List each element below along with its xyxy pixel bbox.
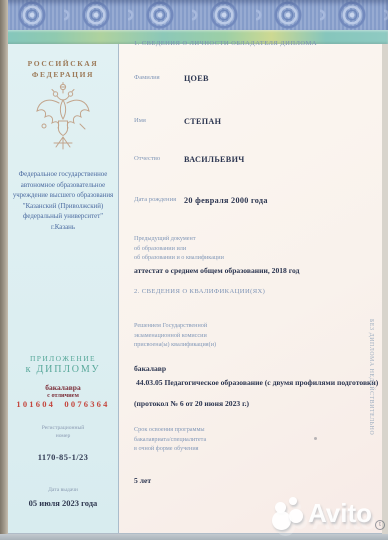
surname-label: Фамилия — [134, 74, 160, 81]
supplement-title-line2: к ДИПЛОМУ — [8, 364, 118, 375]
invalid-without-diploma-edge-text: БЕЗ ДИПЛОМА НЕДЕЙСТВИТЕЛЬНО — [368, 319, 374, 479]
study-duration-value: 5 лет — [134, 476, 151, 485]
issue-date-label: Дата выдачи — [8, 487, 118, 493]
russia-coat-of-arms-icon — [34, 82, 92, 159]
country-title: РОССИЙСКАЯ ФЕДЕРАЦИЯ — [8, 58, 118, 80]
form-serial-number: 101604 0076364 — [8, 399, 118, 409]
birthdate-value: 20 февраля 2000 года — [184, 196, 268, 205]
qualification-degree-value: бакалавр — [134, 364, 166, 373]
supplement-title-line1: ПРИЛОЖЕНИЕ — [8, 354, 118, 363]
avito-logo-circle-icon — [289, 509, 303, 523]
page-bottom-edge — [0, 534, 388, 540]
qualification-decision-label: Решением Государственной экзаменационной… — [134, 321, 216, 350]
guilloche-header-band — [0, 0, 388, 30]
avito-trademark-icon: t — [375, 520, 385, 530]
document-body: РОССИЙСКАЯ ФЕДЕРАЦИЯ — [8, 44, 382, 534]
paper-smudge — [314, 437, 317, 440]
book-spine-edge — [0, 0, 8, 540]
study-duration-label: Срок освоения программы бакалавриата/спе… — [134, 425, 206, 454]
registration-number-label: Регистрационный номер — [8, 424, 118, 440]
honors-label: с отличием — [8, 392, 118, 399]
avito-logo-circle-icon — [289, 497, 297, 505]
previous-education-label: Предыдущий документ об образовании или о… — [134, 234, 224, 263]
avito-watermark: Avito t — [272, 496, 384, 534]
patronymic-value: ВАСИЛЬЕВИЧ — [184, 155, 245, 164]
firstname-value: СТЕПАН — [184, 117, 221, 126]
issue-date-value: 05 июля 2023 года — [8, 498, 118, 508]
patronymic-label: Отчество — [134, 155, 160, 162]
qualification-program-value: 44.03.05 Педагогическое образование (с д… — [136, 378, 386, 387]
title-page-panel: РОССИЙСКАЯ ФЕДЕРАЦИЯ — [8, 44, 119, 533]
birthdate-label: Дата рождения — [134, 196, 176, 203]
avito-wordmark: Avito — [308, 498, 372, 529]
section-2-heading: 2. СВЕДЕНИЯ О КВАЛИФИКАЦИИ(ЯХ) — [134, 288, 265, 295]
qualification-protocol-value: (протокол № 6 от 20 июня 2023 г.) — [134, 399, 249, 408]
firstname-label: Имя — [134, 117, 146, 124]
diploma-supplement-photo: РОССИЙСКАЯ ФЕДЕРАЦИЯ — [0, 0, 388, 540]
section-1-heading: 1. СВЕДЕНИЯ О ЛИЧНОСТИ ОБЛАДАТЕЛЯ ДИПЛОМ… — [134, 40, 317, 47]
institution-name: Федеральное государственное автономное о… — [12, 170, 114, 233]
degree-word: бакалавра — [8, 383, 118, 392]
data-page-panel: 1. СВЕДЕНИЯ О ЛИЧНОСТИ ОБЛАДАТЕЛЯ ДИПЛОМ… — [119, 44, 382, 533]
registration-number-value: 1170-85-1/23 — [8, 452, 118, 462]
previous-education-value: аттестат о среднем общем образовании, 20… — [134, 266, 299, 275]
surname-value: ЦОЕВ — [184, 74, 209, 83]
